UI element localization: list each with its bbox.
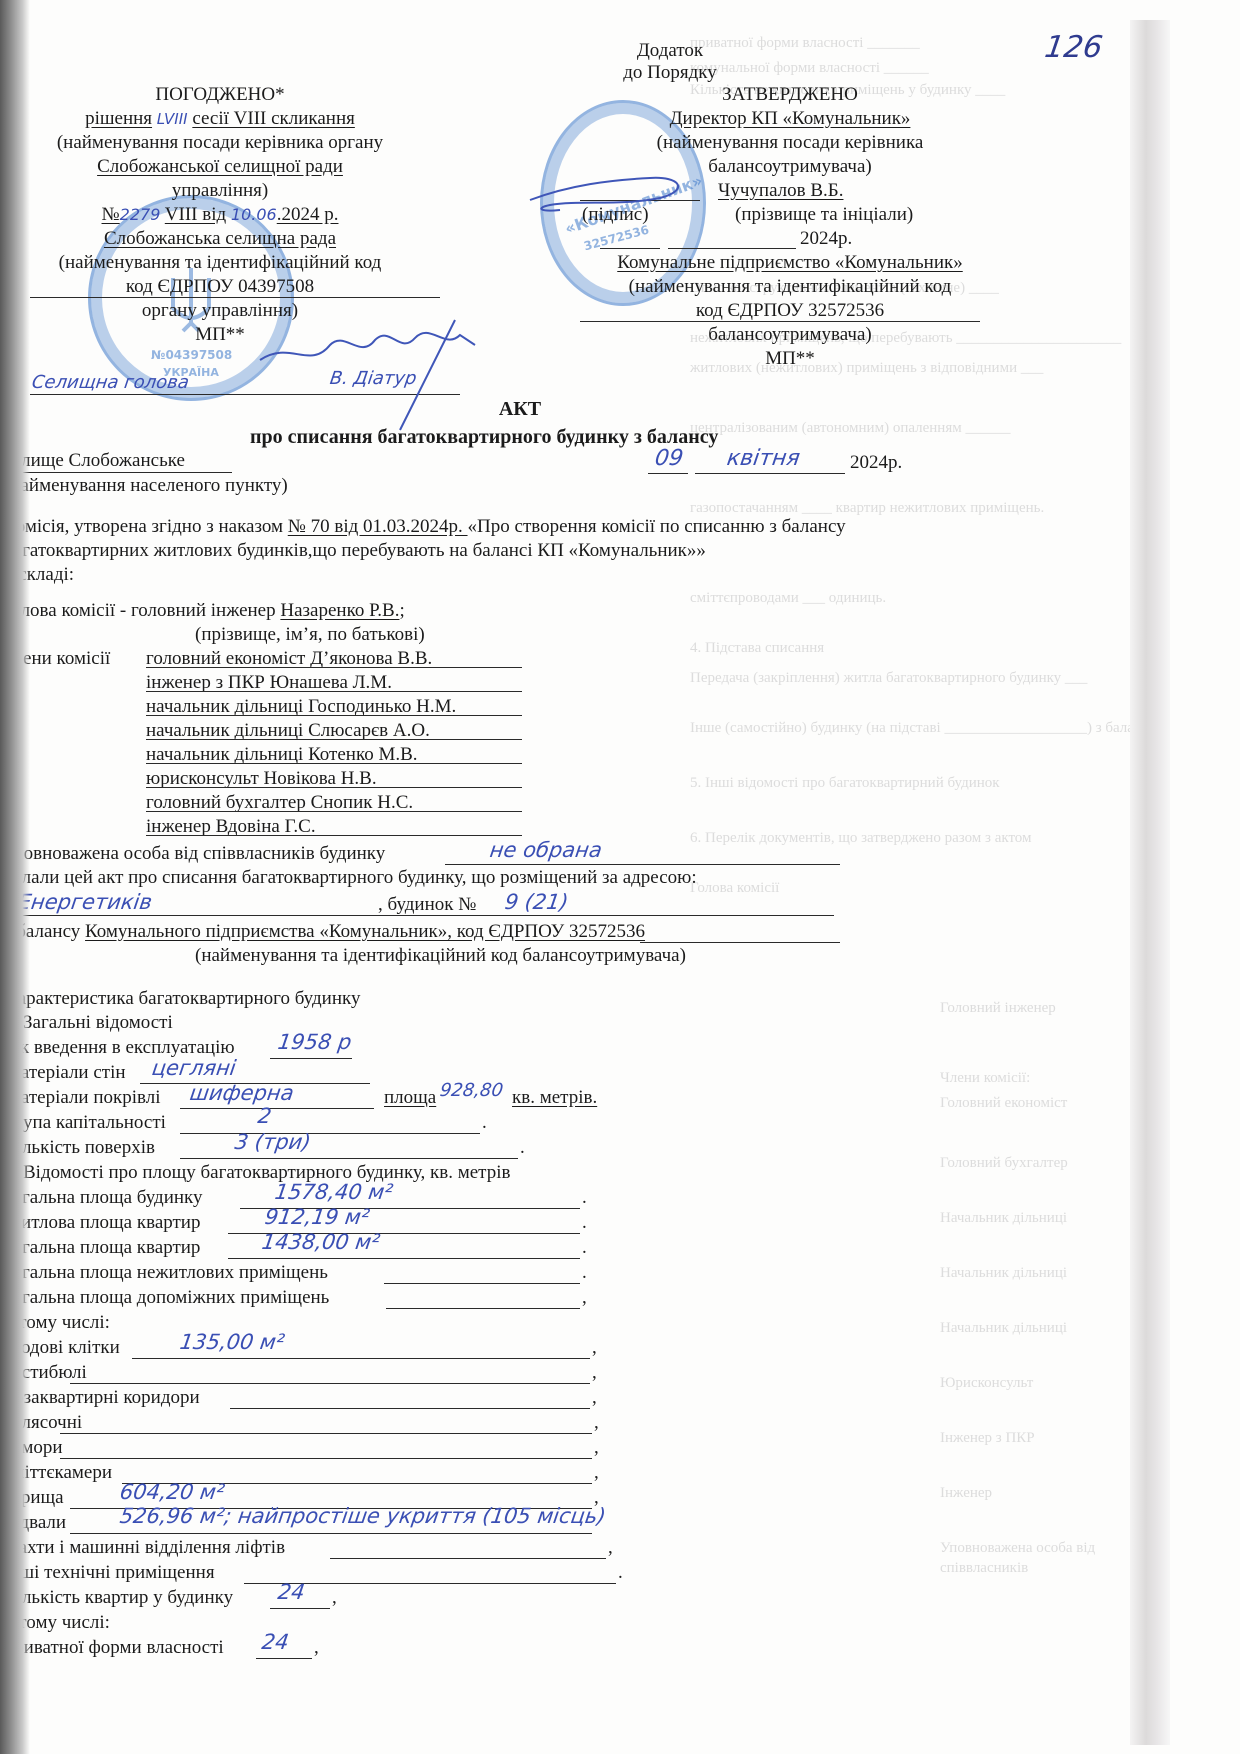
field-underline (180, 1108, 374, 1109)
area-value-handwritten: 1578,40 м² (273, 1180, 394, 1204)
owner-rep-underline (445, 864, 840, 865)
area-label: Загальна площа допоміжних приміщень (4, 1287, 329, 1309)
house-label: , будинок № (378, 894, 476, 916)
aux-value-handwritten: 135,00 м² (178, 1330, 286, 1354)
decision-number-handwritten: LVIII (157, 110, 188, 128)
aux-label: шахти і машинні відділення ліфтів (4, 1537, 285, 1559)
signer-handwritten: Селищна голова (31, 372, 191, 393)
field-value-handwritten: шиферна (188, 1081, 295, 1105)
field-underline (180, 1133, 480, 1134)
area-label: Загальна площа будинку (4, 1187, 203, 1209)
binding-shadow (0, 0, 30, 1754)
field-underline (180, 1158, 518, 1159)
locality: селище Слобожанське (4, 450, 185, 472)
locality-underline (4, 472, 232, 473)
approved-position: Директор КП «Комунальник» (640, 108, 940, 130)
chair-hint: (прізвище, ім’я, по батькові) (195, 624, 425, 646)
aux-value-handwritten: 526,96 м²; найпростіше укриття (105 місц… (118, 1504, 607, 1528)
aux-end: , (594, 1462, 599, 1484)
field-end: . (520, 1137, 525, 1159)
address-underline (4, 915, 834, 916)
characteristics-title: Характеристика багатоквартирного будинку (4, 988, 360, 1010)
approved-hint2-end: балансоутримувача) (580, 324, 1000, 346)
aux-underline (70, 1383, 590, 1384)
agreed-title: ПОГОДЖЕНО* (30, 84, 410, 106)
approved-seal: МП** (580, 348, 1000, 370)
private-end: , (314, 1637, 319, 1659)
drafted-line: склали цей акт про списання багатокварти… (4, 867, 697, 889)
decision-suffix: сесії VIII скликання (192, 108, 355, 129)
council-full: Слобожанська селищна рада (30, 228, 410, 250)
field-end: . (482, 1112, 487, 1134)
roof-area-label: площа (384, 1087, 436, 1109)
roof-area-handwritten: 928,80 (439, 1080, 505, 1101)
decision-prefix: рішення (85, 108, 152, 129)
member-underline (146, 667, 522, 668)
apartments-end: , (332, 1587, 337, 1609)
area-end: . (582, 1237, 587, 1259)
day-underline (648, 473, 688, 474)
council-name: Слобожанської селищної ради (30, 156, 410, 178)
field-value-handwritten: 3 (три) (233, 1130, 312, 1154)
area-end: . (582, 1262, 587, 1284)
aux-end: , (608, 1537, 613, 1559)
commission-line2: багатоквартирних житлових будинків,що пе… (4, 540, 706, 562)
page-fold (1130, 20, 1170, 1745)
aux-underline (60, 1433, 592, 1434)
area-label: Загальна площа нежитлових приміщень (4, 1262, 328, 1284)
aux-end: , (592, 1387, 597, 1409)
locality-hint: (найменування населеного пункту) (4, 475, 288, 497)
area-end: , (582, 1287, 587, 1309)
page-number-handwritten: 126 (1043, 30, 1105, 65)
area-end: . (582, 1187, 587, 1209)
apartments-underline (270, 1608, 330, 1609)
chair-prefix: голова комісії - головний інженер (4, 600, 280, 621)
month-underline (695, 473, 845, 474)
agreed-hint1-end: управління) (30, 180, 410, 202)
area-underline (386, 1308, 580, 1309)
area-label: Житлова площа квартир (4, 1212, 200, 1234)
aux-end: , (594, 1412, 599, 1434)
private-value-handwritten: 24 (260, 1630, 290, 1654)
apartments-label: Кількість квартир у будинку (4, 1587, 233, 1609)
approved-hint2: (найменування та ідентифікаційний код (580, 276, 1000, 298)
street-handwritten: Енергетиків (16, 890, 153, 914)
field-value-handwritten: 2 (256, 1104, 273, 1128)
agreed-hint1: (найменування посади керівника органу (30, 132, 410, 154)
act-month-handwritten: квітня (725, 446, 801, 471)
field-value-handwritten: 1958 р (276, 1030, 353, 1054)
agreed-hint2: (найменування та ідентифікаційний код (30, 252, 410, 274)
area-underline (228, 1258, 580, 1259)
private-label: приватної форми власності (4, 1637, 224, 1659)
aux-value-handwritten: 604,20 м² (118, 1480, 226, 1504)
house-number-handwritten: 9 (21) (503, 890, 570, 914)
aux-end: , (594, 1437, 599, 1459)
edrpou-underline (30, 297, 440, 298)
commission-line1: Комісія, утворена згідно з наказом № 70 … (4, 516, 846, 538)
aux-end: . (618, 1562, 623, 1584)
aux-underline (60, 1458, 592, 1459)
number-prefix: № (102, 204, 120, 225)
director-signature (520, 150, 720, 230)
member-underline (146, 739, 522, 740)
approved-edrpou-underline (580, 321, 980, 322)
number-mid: VIII від (165, 204, 226, 225)
aux-label: інші технічні приміщення (4, 1562, 215, 1584)
member-underline (146, 691, 522, 692)
approved-org: Комунальне підприємство «Комунальник» (580, 252, 1000, 274)
aux-label: позаквартирні коридори (4, 1387, 200, 1409)
aux-underline (230, 1408, 590, 1409)
field-underline (270, 1058, 352, 1059)
aux-underline (70, 1533, 592, 1534)
month-line (668, 248, 796, 249)
aux-end: , (592, 1337, 597, 1359)
appendix-label: Додаток (600, 40, 740, 62)
balance-holder: Комунального підприємства «Комунальник»,… (85, 921, 645, 942)
balance-holder-line: з балансу Комунального підприємства «Ком… (4, 921, 645, 943)
document-page: приватної форми власності _______ комуна… (0, 0, 1240, 1754)
area-value-handwritten: 1438,00 м² (260, 1230, 381, 1254)
date-suffix: .2024 р. (277, 204, 339, 225)
commission-prefix: Комісія, утворена згідно з наказом (4, 516, 288, 537)
area-label: Загальна площа квартир (4, 1237, 200, 1259)
member-underline (146, 763, 522, 764)
head-signature (250, 310, 490, 440)
apartments-value-handwritten: 24 (276, 1580, 306, 1604)
roof-area-unit: кв. метрів. (512, 1087, 597, 1109)
aux-end: , (592, 1362, 597, 1384)
appendix-ref: до Порядку (600, 62, 740, 84)
member-underline (146, 811, 522, 812)
aux-underline (330, 1558, 606, 1559)
day-line (600, 248, 660, 249)
commission-order: № 70 від 01.03.2024р. (288, 516, 468, 537)
area-title: 2. Відомості про площу багатоквартирного… (4, 1162, 510, 1184)
number-handwritten: 2279 (120, 205, 161, 224)
act-day-handwritten: 09 (653, 446, 685, 471)
owner-rep-label: уповноважена особа від співвласників буд… (4, 843, 385, 865)
member-underline (146, 787, 522, 788)
field-value-handwritten: цегляні (150, 1056, 237, 1080)
approved-year: 2024р. (800, 228, 852, 250)
owner-rep-handwritten: не обрана (488, 838, 603, 862)
member-underline (146, 715, 522, 716)
private-underline (256, 1658, 312, 1659)
act-year: 2024р. (850, 452, 902, 474)
approved-edrpou: код ЄДРПОУ 32572536 (580, 300, 1000, 322)
aux-underline (132, 1358, 590, 1359)
date-handwritten: 10.06 (231, 205, 277, 224)
chair-name: Назаренко Р.В. (280, 600, 399, 621)
commission-chair: голова комісії - головний інженер Назаре… (4, 600, 405, 622)
director-name: Чучупалов В.Б. (718, 180, 843, 202)
agreed-decision: рішення LVIII сесії VIII скликання (30, 108, 410, 130)
name-hint: (прізвище та ініціали) (735, 204, 913, 226)
agreed-edrpou: код ЄДРПОУ 04397508 (30, 276, 410, 298)
agreed-decision-number: №2279 VIII від 10.06.2024 р. (30, 204, 410, 226)
member-underline (146, 835, 522, 836)
area-end: . (582, 1212, 587, 1234)
area-underline (384, 1283, 580, 1284)
approved-title: ЗАТВЕРДЖЕНО (640, 84, 940, 106)
area-value-handwritten: 912,19 м² (263, 1205, 371, 1229)
balance-hint: (найменування та ідентифікаційний код ба… (195, 945, 686, 967)
commission-suffix: «Про створення комісії по списанню з бал… (468, 516, 846, 537)
balance-underline (640, 942, 840, 943)
stamp-number: №04397508 (151, 348, 232, 362)
